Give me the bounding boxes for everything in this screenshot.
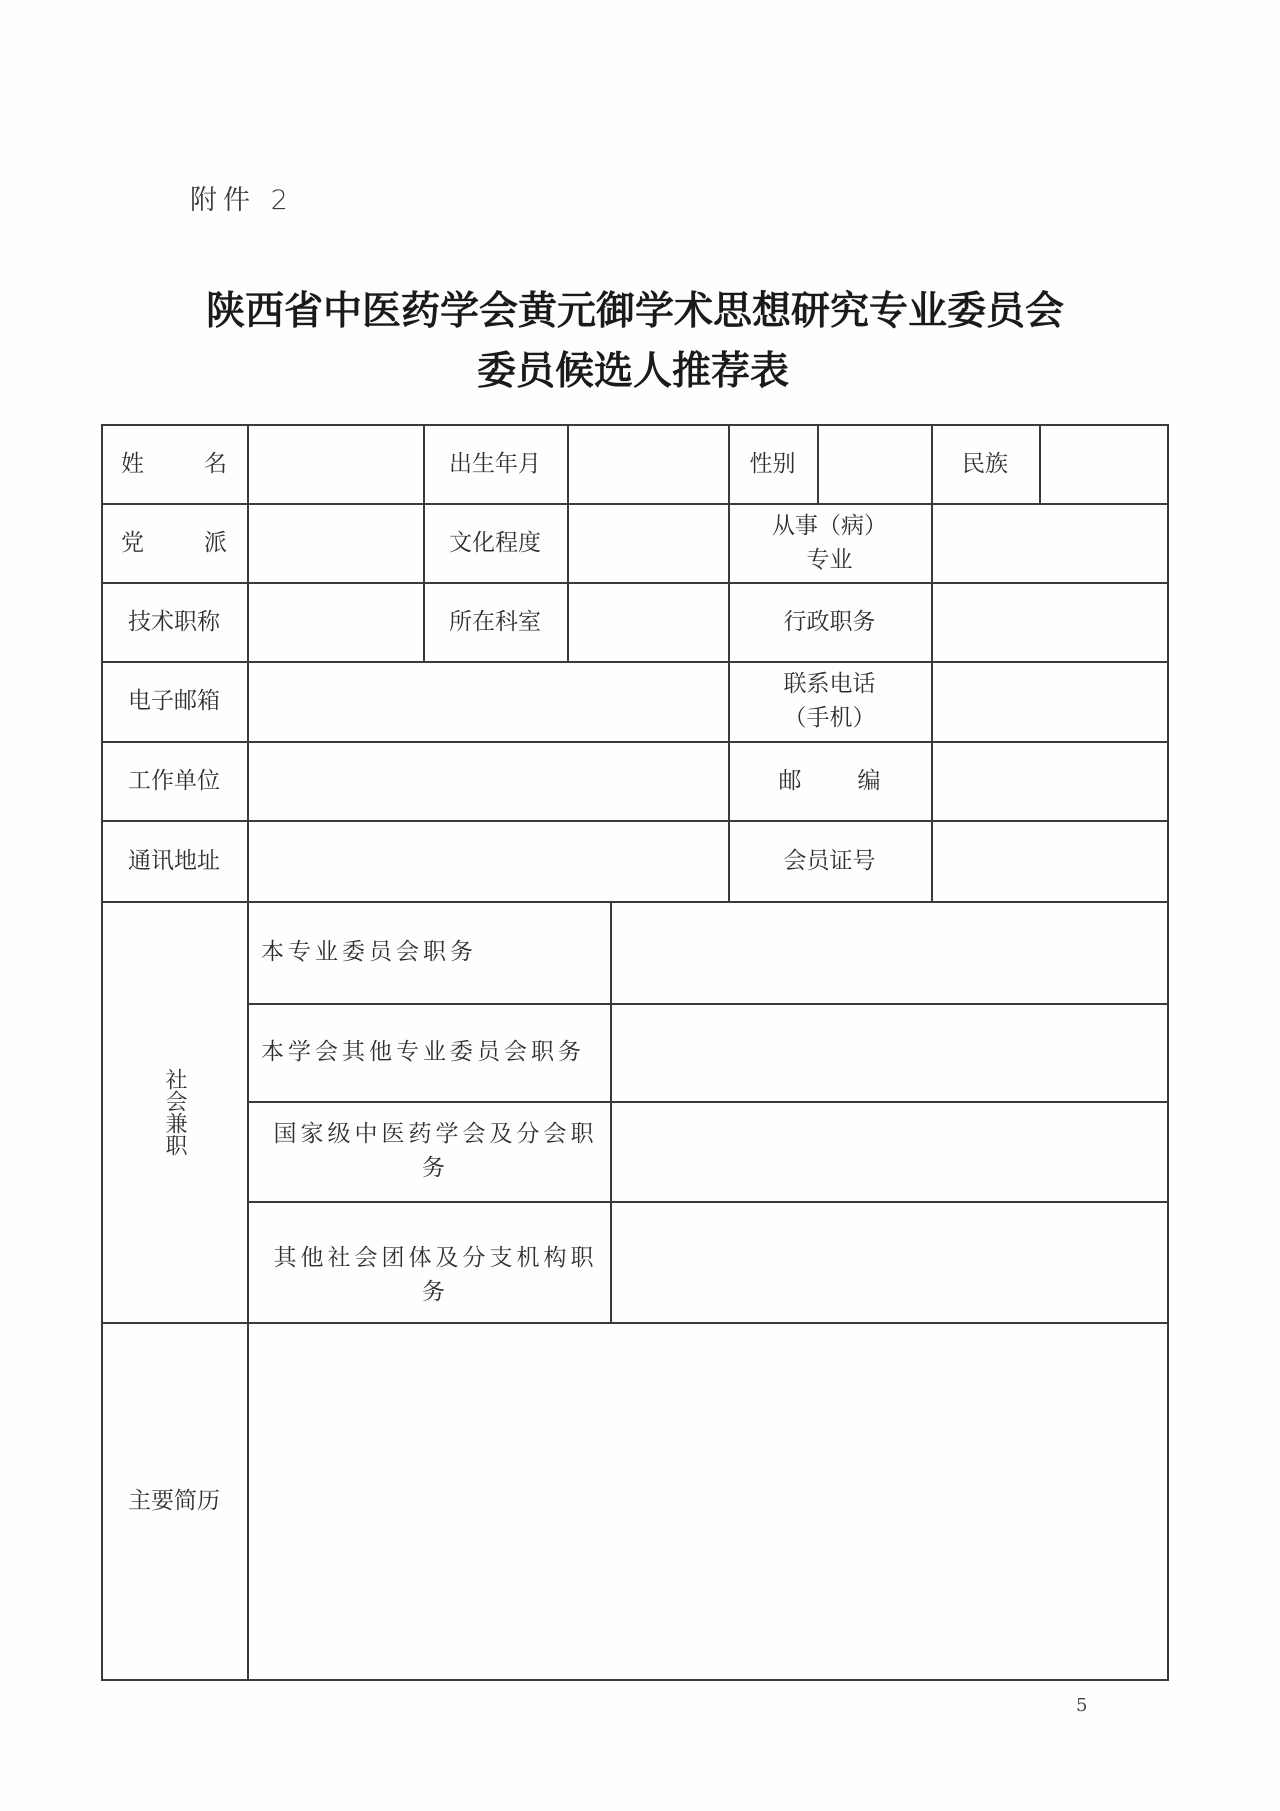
postcode-field[interactable] — [931, 741, 1167, 820]
specialty-field[interactable] — [931, 503, 1167, 582]
ethnicity-label: 民族 — [931, 424, 1039, 503]
party-label-char: 派 — [204, 526, 227, 560]
document-title: 陕西省中医药学会黄元御学术思想研究专业委员会 — [0, 280, 1275, 336]
birth-field[interactable] — [567, 424, 728, 503]
name-label-char: 姓 — [121, 447, 144, 481]
department-label: 所在科室 — [423, 582, 567, 661]
admin-post-label: 行政职务 — [728, 582, 931, 661]
name-label-char: 名 — [204, 447, 227, 481]
email-label: 电子邮箱 — [101, 661, 247, 741]
social-item-label: 本学会其他专业委员会职务 — [247, 1003, 610, 1101]
member-no-label: 会员证号 — [728, 820, 931, 901]
member-no-field[interactable] — [931, 820, 1167, 901]
specialty-label: 从事（病） 专业 — [728, 503, 931, 582]
email-field[interactable] — [247, 661, 728, 741]
birth-label: 出生年月 — [423, 424, 567, 503]
social-item-label: 国家级中医药学会及分会职务 — [247, 1101, 610, 1201]
address-label: 通讯地址 — [101, 820, 247, 901]
work-unit-label: 工作单位 — [101, 741, 247, 820]
table-border-bottom — [101, 1679, 1168, 1681]
gender-field[interactable] — [817, 424, 931, 503]
social-item-field[interactable] — [610, 1101, 1167, 1201]
address-field[interactable] — [247, 820, 728, 901]
postcode-label: 邮 编 — [728, 741, 931, 820]
social-positions-label-text: 社会兼职 — [162, 1068, 186, 1156]
phone-label: 联系电话 （手机） — [728, 661, 931, 741]
table-border-right — [1167, 424, 1169, 1681]
attachment-label: 附件 2 — [190, 178, 294, 217]
education-label: 文化程度 — [423, 503, 567, 582]
party-field[interactable] — [247, 503, 423, 582]
phone-field[interactable] — [931, 661, 1167, 741]
tech-title-label: 技术职称 — [101, 582, 247, 661]
social-item-label: 其他社会团体及分支机构职务 — [247, 1201, 610, 1322]
party-label-char: 党 — [121, 526, 144, 560]
work-unit-field[interactable] — [247, 741, 728, 820]
social-item-field[interactable] — [610, 901, 1167, 1003]
gender-label: 性别 — [728, 424, 817, 503]
name-field[interactable] — [247, 424, 423, 503]
document-subtitle: 委员候选人推荐表 — [0, 340, 1273, 396]
social-item-field[interactable] — [610, 1003, 1167, 1101]
resume-label: 主要简历 — [101, 1322, 247, 1679]
party-label: 党 派 — [101, 503, 247, 582]
tech-title-field[interactable] — [247, 582, 423, 661]
specialty-label-line2: 专业 — [807, 543, 853, 577]
resume-field[interactable] — [247, 1322, 1167, 1679]
ethnicity-field[interactable] — [1039, 424, 1167, 503]
page-number: 5 — [1076, 1695, 1087, 1716]
social-positions-label: 社会兼职 — [101, 901, 247, 1322]
postcode-label-char: 编 — [858, 764, 881, 798]
social-item-field[interactable] — [610, 1201, 1167, 1322]
specialty-label-line1: 从事（病） — [772, 509, 887, 543]
name-label: 姓 名 — [101, 424, 247, 503]
phone-label-line2: （手机） — [784, 701, 876, 735]
admin-post-field[interactable] — [931, 582, 1167, 661]
department-field[interactable] — [567, 582, 728, 661]
postcode-label-char: 邮 — [779, 764, 802, 798]
social-item-label: 本专业委员会职务 — [247, 901, 610, 1003]
phone-label-line1: 联系电话 — [784, 667, 876, 701]
education-field[interactable] — [567, 503, 728, 582]
recommendation-form-table: 姓 名 出生年月 性别 民族 党 派 文化程度 从事（病） 专业 技术职称 所在… — [101, 424, 1168, 1681]
